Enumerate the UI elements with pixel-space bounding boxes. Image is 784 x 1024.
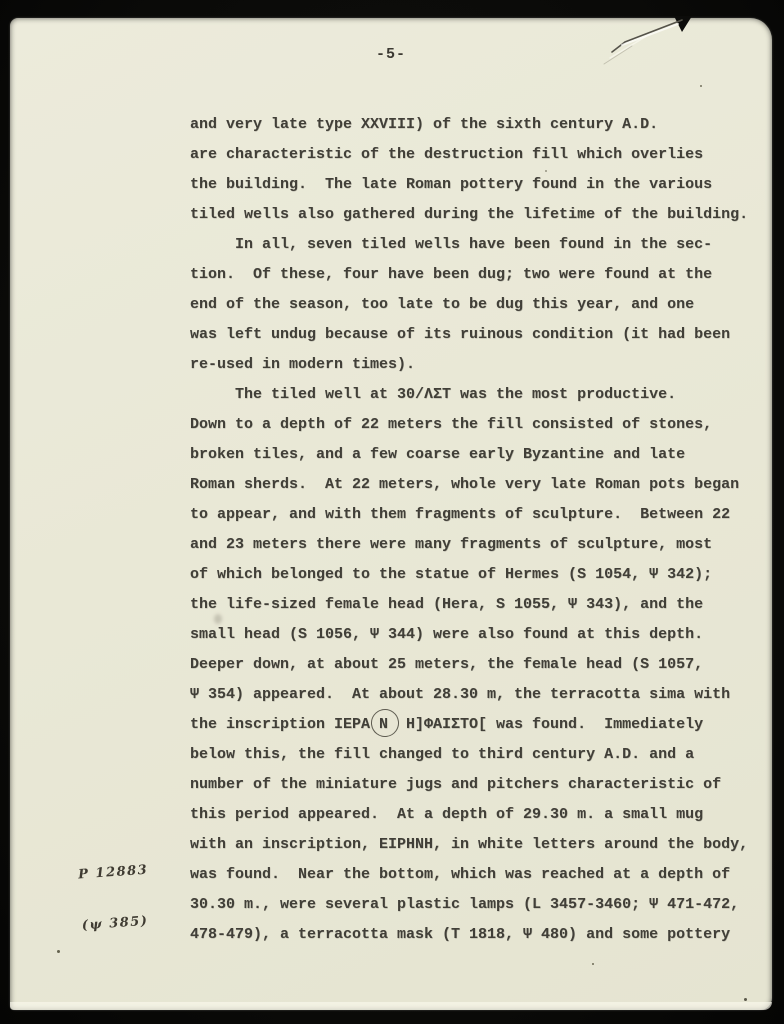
text-line: tion. Of these, four have been dug; two … [190, 260, 765, 290]
margin-note-line1: P 12883 [78, 862, 149, 884]
text-line: the inscription ΙΕΡΑ Ν Η]ΦΑΙΣΤΟ[ was fou… [190, 710, 765, 740]
text-line: and 23 meters there were many fragments … [190, 530, 765, 560]
text-line: Deeper down, at about 25 meters, the fem… [190, 650, 765, 680]
text-line: the life-sized female head (Hera, S 1055… [190, 590, 765, 620]
text-line: 30.30 m., were several plastic lamps (L … [190, 890, 765, 920]
text-line: re-used in modern times). [190, 350, 765, 380]
text-line: In all, seven tiled wells have been foun… [190, 230, 765, 260]
text-line: Ψ 354) appeared. At about 28.30 m, the t… [190, 680, 765, 710]
text-line: below this, the fill changed to third ce… [190, 740, 765, 770]
paper-bottom-edge [10, 1002, 772, 1010]
text-line: the building. The late Roman pottery fou… [190, 170, 765, 200]
text-line: to appear, and with them fragments of sc… [190, 500, 765, 530]
margin-note-line2: (ψ 385) [81, 913, 152, 935]
dust-speck [744, 998, 747, 1001]
page-number: -5- [10, 46, 772, 63]
text-line: small head (S 1056, Ψ 344) were also fou… [190, 620, 765, 650]
text-line: tiled wells also gathered during the lif… [190, 200, 765, 230]
handwritten-margin-note: P 12883 (ψ 385) [75, 828, 154, 969]
document-page: -5- and very late type XXVIII) of the si… [10, 18, 772, 1010]
dust-speck [57, 950, 60, 953]
text-line: with an inscription, ΕΙΡΗΝΗ, in white le… [190, 830, 765, 860]
dust-speck [592, 963, 594, 965]
dust-speck [545, 170, 547, 172]
text-line: number of the miniature jugs and pitcher… [190, 770, 765, 800]
text-line: are characteristic of the destruction fi… [190, 140, 765, 170]
text-line: this period appeared. At a depth of 29.3… [190, 800, 765, 830]
text-line: Down to a depth of 22 meters the fill co… [190, 410, 765, 440]
text-line: 478-479), a terracotta mask (T 1818, Ψ 4… [190, 920, 765, 950]
text-line: was left undug because of its ruinous co… [190, 320, 765, 350]
text-line: of which belonged to the statue of Herme… [190, 560, 765, 590]
text-line: end of the season, too late to be dug th… [190, 290, 765, 320]
photo-background: -5- and very late type XXVIII) of the si… [0, 0, 784, 1024]
text-line: Roman sherds. At 22 meters, whole very l… [190, 470, 765, 500]
text-line: broken tiles, and a few coarse early Byz… [190, 440, 765, 470]
text-line: and very late type XXVIII) of the sixth … [190, 110, 765, 140]
typed-text-block: and very late type XXVIII) of the sixth … [190, 110, 765, 950]
dust-speck [700, 85, 702, 87]
erasure-smudge [214, 614, 222, 624]
text-line: was found. Near the bottom, which was re… [190, 860, 765, 890]
text-line: The tiled well at 30/ΛΣΤ was the most pr… [190, 380, 765, 410]
